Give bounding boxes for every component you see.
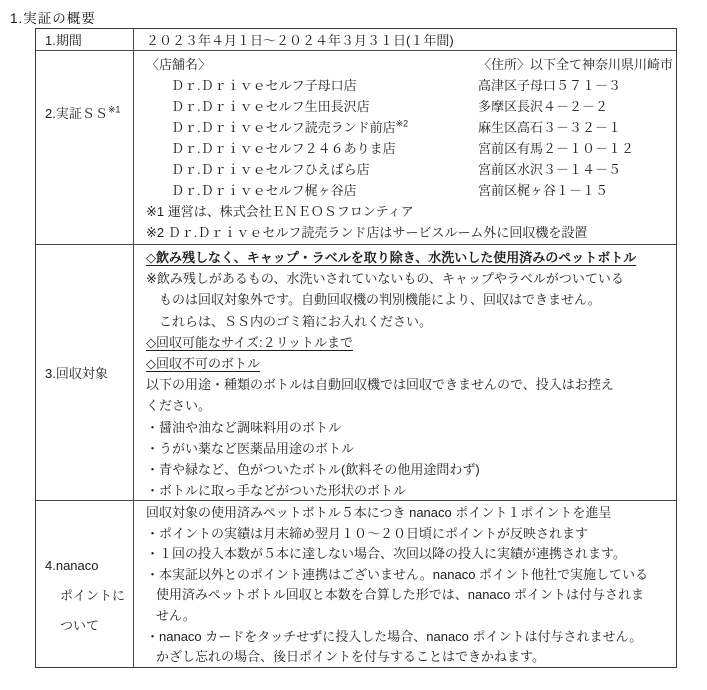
ss-row-label-superscript: ※1 xyxy=(108,105,121,115)
store-name-column-header: 〈店舗名〉 xyxy=(146,54,478,75)
store-name: Ｄｒ.Ｄｒｉｖｅセルフ２４６ありま店 xyxy=(146,138,478,159)
collection-line: ものは回収対象外です。自動回収機の判別機能により、回収はできません。 xyxy=(146,289,676,310)
period-value: ２０２３年４月１日～２０２４年３月３１日(１年間) xyxy=(146,30,454,49)
store-name-superscript: ※2 xyxy=(396,119,409,129)
nanaco-line: かざし忘れの場合、後日ポイントを付与することはできかねます。 xyxy=(146,647,676,667)
nanaco-line: せん。 xyxy=(146,606,676,627)
store-name: Ｄｒ.Ｄｒｉｖｅセルフ梶ヶ谷店 xyxy=(146,180,478,201)
overview-table: 1.期間 ２０２３年４月１日～２０２４年３月３１日(１年間) 2.実証ＳＳ※1 … xyxy=(35,28,677,668)
collection-line: ◇回収不可のボトル xyxy=(146,353,676,374)
ss-row-label: 2.実証ＳＳ xyxy=(45,106,108,121)
store-row: Ｄｒ.Ｄｒｉｖｅセルフ読売ランド前店※2 麻生区高石３－３２－１ xyxy=(146,117,676,138)
nanaco-line: ・１回の投入本数が５本に達しない場合、次回以降の投入に実績が連携されます。 xyxy=(146,544,676,565)
collection-line: ・うがい薬など医薬品用途のボトル xyxy=(146,438,676,459)
store-name-text: Ｄｒ.Ｄｒｉｖｅセルフ読売ランド前店 xyxy=(171,120,396,135)
page-title: 1.実証の概要 xyxy=(10,7,96,27)
nanaco-row-label-line2: ポイントに xyxy=(45,581,133,611)
ss-row-label-cell: 2.実証ＳＳ※1 xyxy=(36,51,134,245)
collection-line: ◇飲み残しなく、キャップ・ラベルを取り除き、水洗いした使用済みのペットボトル xyxy=(146,247,676,268)
nanaco-line: 回収対象の使用済みペットボトル５本につき nanaco ポイント１ポイントを進呈 xyxy=(146,503,676,524)
store-row: Ｄｒ.Ｄｒｉｖｅセルフひえばら店 宮前区水沢３－１４－５ xyxy=(146,159,676,180)
store-address: 宮前区有馬２－１０－１２ xyxy=(478,138,634,159)
collection-line: ・醤油や油など調味料用のボトル xyxy=(146,417,676,438)
collection-row-label: 3.回収対象 xyxy=(45,363,108,382)
nanaco-line: ・ポイントの実績は月末締め翌月１０～２０日頃にポイントが反映されます xyxy=(146,524,676,545)
ss-row-content-cell: 〈店舗名〉 〈住所〉以下全て神奈川県川崎市 Ｄｒ.Ｄｒｉｖｅセルフ子母口店 高津… xyxy=(134,51,676,245)
nanaco-line: ・nanaco カードをタッチせずに投入した場合、nanaco ポイントは付与さ… xyxy=(146,627,676,648)
period-row-value-cell: ２０２３年４月１日～２０２４年３月３１日(１年間) xyxy=(134,29,676,51)
store-address: 宮前区水沢３－１４－５ xyxy=(478,159,621,180)
store-address: 高津区子母口５７１－３ xyxy=(478,75,621,96)
store-row: Ｄｒ.Ｄｒｉｖｅセルフ梶ヶ谷店 宮前区梶ヶ谷１－１５ xyxy=(146,180,676,201)
store-name: Ｄｒ.Ｄｒｉｖｅセルフ子母口店 xyxy=(146,75,478,96)
nanaco-row-label-line1: 4.nanaco xyxy=(45,551,133,581)
document-page: 1.実証の概要 1.期間 ２０２３年４月１日～２０２４年３月３１日(１年間) 2… xyxy=(0,0,707,690)
store-list-header: 〈店舗名〉 〈住所〉以下全て神奈川県川崎市 xyxy=(146,54,676,75)
collection-line: ください。 xyxy=(146,395,676,416)
store-address: 麻生区高石３－３２－１ xyxy=(478,117,621,138)
period-row-label: 1.期間 xyxy=(45,30,82,49)
collection-line: ◇回収可能なサイズ:２リットルまで xyxy=(146,332,676,353)
store-row: Ｄｒ.Ｄｒｉｖｅセルフ２４６ありま店 宮前区有馬２－１０－１２ xyxy=(146,138,676,159)
collection-row-label-cell: 3.回収対象 xyxy=(36,245,134,501)
store-name: Ｄｒ.Ｄｒｉｖｅセルフ生田長沢店 xyxy=(146,96,478,117)
nanaco-row-label-cell: 4.nanaco ポイントに ついて xyxy=(36,501,134,667)
nanaco-row-content-cell: 回収対象の使用済みペットボトル５本につき nanaco ポイント１ポイントを進呈… xyxy=(134,501,676,667)
period-row-label-cell: 1.期間 xyxy=(36,29,134,51)
collection-line: ※飲み残しがあるもの、水洗いされていないもの、キャップやラベルがついている xyxy=(146,268,676,289)
store-name: Ｄｒ.Ｄｒｉｖｅセルフ読売ランド前店※2 xyxy=(146,117,478,138)
nanaco-row-label-line3: ついて xyxy=(45,611,133,641)
store-row: Ｄｒ.Ｄｒｉｖｅセルフ生田長沢店 多摩区長沢４－２－２ xyxy=(146,96,676,117)
ss-footnote-2: ※2 Ｄｒ.Ｄｒｉｖｅセルフ読売ランド店はサービスルーム外に回収機を設置 xyxy=(146,222,676,243)
store-row: Ｄｒ.Ｄｒｉｖｅセルフ子母口店 高津区子母口５７１－３ xyxy=(146,75,676,96)
store-address: 宮前区梶ヶ谷１－１５ xyxy=(478,180,608,201)
nanaco-line: 使用済みペットボトル回収と本数を合算した形では、nanaco ポイントは付与され… xyxy=(146,585,676,606)
store-address: 多摩区長沢４－２－２ xyxy=(478,96,608,117)
collection-line: 以下の用途・種類のボトルは自動回収機では回収できませんので、投入はお控え xyxy=(146,374,676,395)
nanaco-line: ・本実証以外とのポイント連携はございません。nanaco ポイント他社で実施して… xyxy=(146,565,676,586)
store-name: Ｄｒ.Ｄｒｉｖｅセルフひえばら店 xyxy=(146,159,478,180)
ss-footnote-1: ※1 運営は、株式会社ＥＮＥＯＳフロンティア xyxy=(146,201,676,222)
collection-line: ・ボトルに取っ手などがついた形状のボトル xyxy=(146,480,676,501)
collection-line: ・青や緑など、色がついたボトル(飲料その他用途問わず) xyxy=(146,459,676,480)
collection-line: これらは、ＳＳ内のゴミ箱にお入れください。 xyxy=(146,311,676,332)
collection-row-content-cell: ◇飲み残しなく、キャップ・ラベルを取り除き、水洗いした使用済みのペットボトル ※… xyxy=(134,245,676,501)
store-address-column-header: 〈住所〉以下全て神奈川県川崎市 xyxy=(478,54,673,75)
